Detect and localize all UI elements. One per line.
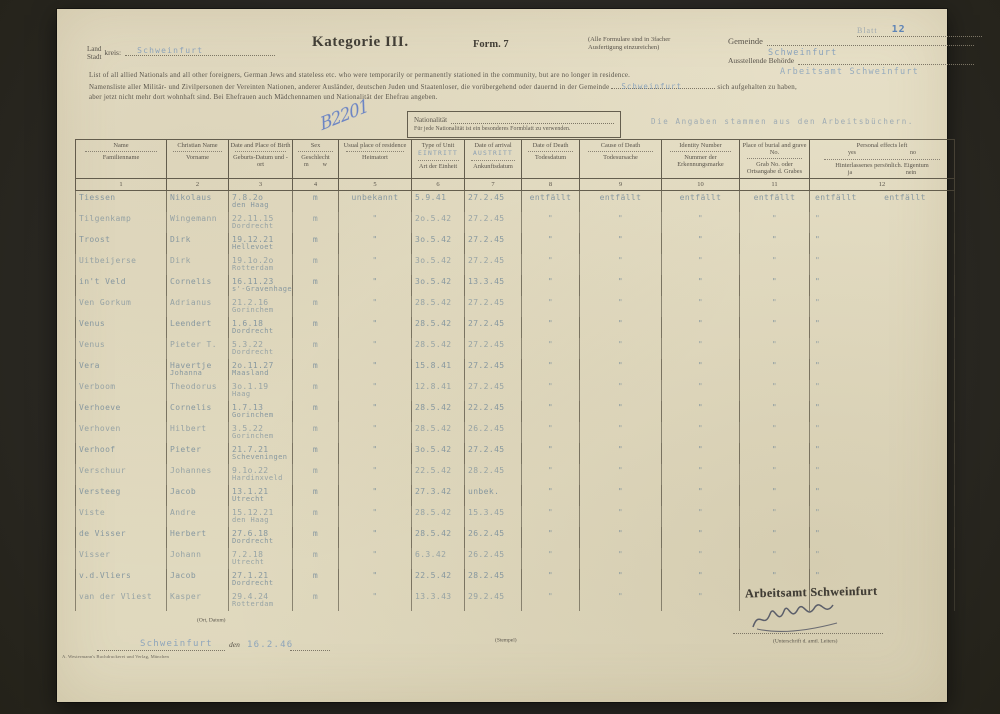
cell-identity-text: " (698, 214, 703, 223)
cell-effects: " (810, 275, 955, 296)
cell-birth: 7.2.18Utrecht (229, 548, 293, 569)
cell-eintritt: 28.5.42 (412, 317, 465, 338)
cell-death-date: " (522, 254, 580, 275)
cell-residence-text: " (372, 571, 377, 580)
table-row: VerschuurJohannes9.1o.22Hardinxveldm"22.… (75, 464, 955, 485)
cell-burial-text: " (772, 508, 777, 517)
cell-death-cause-text: " (618, 340, 623, 349)
category-title: Kategorie III. (312, 34, 409, 51)
header-label-en: Cause of Death (601, 142, 640, 149)
cell-birth-text: den Haag (232, 517, 292, 524)
cell-austritt-text: 27.2.45 (468, 445, 505, 454)
cell-eintritt-text: 28.5.42 (415, 319, 452, 328)
cell-death-date-text: " (548, 298, 553, 307)
cell-death-date-text: " (548, 508, 553, 517)
cell-residence: " (339, 254, 412, 275)
cell-vorname-text: Adrianus (170, 298, 212, 307)
cell-death-date-text: " (548, 445, 553, 454)
cell-identity: " (662, 464, 740, 485)
cell-sex-text: m (313, 508, 318, 517)
cell-death-cause: " (580, 401, 662, 422)
issuing-authority-field: Ausstellende Behörde (728, 56, 974, 65)
cell-vorname-text: Andre (170, 508, 196, 517)
cell-eintritt-text: 27.3.42 (415, 487, 452, 496)
cell-birth-text: Hellevoet (232, 244, 292, 251)
cell-vorname: Dirk (167, 233, 229, 254)
cell-austritt-text: 27.2.45 (468, 361, 505, 370)
cell-burial: " (740, 380, 810, 401)
cell-death-cause: " (580, 359, 662, 380)
cell-eintritt-text: 12.8.41 (415, 382, 452, 391)
cell-identity-text: " (698, 403, 703, 412)
cell-burial-text: " (772, 403, 777, 412)
column-number-8: 8 (522, 179, 580, 190)
cell-eintritt: 28.5.42 (412, 422, 465, 443)
cell-burial: " (740, 212, 810, 233)
cell-death-date: " (522, 275, 580, 296)
cell-austritt: 28.2.45 (465, 464, 522, 485)
cell-effects: " (810, 296, 955, 317)
column-header-4: SexGeschlechtmw (293, 140, 339, 178)
cell-effects: " (810, 464, 955, 485)
cell-death-cause: " (580, 569, 662, 590)
cell-birth-text: Gorinchem (232, 307, 292, 314)
cell-death-date-text: " (548, 214, 553, 223)
cell-death-date-text: " (548, 361, 553, 370)
dotted-line (290, 650, 330, 651)
cell-burial-text: entfällt (754, 193, 796, 202)
cell-eintritt-text: 3o.5.42 (415, 277, 452, 286)
header-divider (173, 151, 221, 152)
column-number-11: 11 (740, 179, 810, 190)
cell-burial: " (740, 506, 810, 527)
cell-identity: " (662, 212, 740, 233)
cell-identity-text: " (698, 508, 703, 517)
cell-death-date-text: entfällt (530, 193, 572, 202)
cell-austritt-text: 27.2.45 (468, 256, 505, 265)
cell-death-cause: " (580, 380, 662, 401)
cell-eintritt: 2o.5.42 (412, 212, 465, 233)
cell-identity-text: " (698, 592, 703, 601)
cell-effects: " (810, 422, 955, 443)
cell-death-cause-text: " (618, 508, 623, 517)
cell-eintritt-text: 28.5.42 (415, 508, 452, 517)
cell-death-cause-text: " (618, 214, 623, 223)
kreis-label: kreis: (104, 48, 121, 57)
cell-sex: m (293, 485, 339, 506)
cell-austritt: 26.2.45 (465, 527, 522, 548)
cell-death-cause-text: " (618, 424, 623, 433)
header-label-de: Grab No. oder Ortsangabe d. Grabes (741, 161, 808, 175)
cell-eintritt-text: 28.5.42 (415, 403, 452, 412)
cell-sex-text: m (313, 340, 318, 349)
cell-identity: " (662, 275, 740, 296)
cell-residence-text: unbekannt (352, 193, 399, 202)
cell-eintritt-text: 28.5.42 (415, 340, 452, 349)
cell-identity-text: " (698, 424, 703, 433)
header-divider (747, 158, 802, 159)
cell-austritt: 27.2.45 (465, 443, 522, 464)
cell-identity-text: " (698, 466, 703, 475)
cell-residence: " (339, 233, 412, 254)
cell-austritt: 26.2.45 (465, 548, 522, 569)
cell-austritt: 27.2.45 (465, 191, 522, 212)
cell-death-cause: " (580, 254, 662, 275)
cell-austritt-text: 27.2.45 (468, 298, 505, 307)
header-label-en: Date and Place of Birth (231, 142, 291, 149)
cell-vorname-text: Johanna (170, 370, 228, 377)
cell-vorname-text: Nikolaus (170, 193, 212, 202)
cell-death-cause-text: " (618, 277, 623, 286)
cell-burial-text: " (772, 319, 777, 328)
cell-death-cause: " (580, 317, 662, 338)
cell-birth: 3.5.22Gorinchem (229, 422, 293, 443)
cell-residence-text: " (372, 508, 377, 517)
table-row: VersteegJacob13.1.21Utrechtm"27.3.42unbe… (75, 485, 955, 506)
cell-burial: entfällt (740, 191, 810, 212)
cell-death-cause-text: " (618, 361, 623, 370)
cell-austritt-text: unbek. (468, 487, 499, 496)
cell-sex: m (293, 506, 339, 527)
cell-residence: " (339, 569, 412, 590)
cell-death-cause: entfällt (580, 191, 662, 212)
cell-name-text: Ven Gorkum (79, 298, 131, 307)
cell-identity-text: " (698, 298, 703, 307)
nationality-box: Nationalität Für jede Nationalität ist e… (407, 111, 621, 138)
cell-vorname-text: Dirk (170, 256, 191, 265)
cell-name-text: Verschuur (79, 466, 126, 475)
cell-effects-text: " (810, 550, 879, 559)
cell-identity: " (662, 506, 740, 527)
sheet-number-value: 12 (892, 24, 906, 35)
cell-death-date: " (522, 296, 580, 317)
table-row: UitbeijerseDirk19.1o.2oRotterdamm"3o.5.4… (75, 254, 955, 275)
cell-eintritt: 22.5.42 (412, 569, 465, 590)
cell-name: Versteeg (75, 485, 167, 506)
cell-eintritt-text: 28.5.42 (415, 298, 452, 307)
cell-death-date-text: " (548, 571, 553, 580)
cell-birth: 5.3.22Dordrecht (229, 338, 293, 359)
cell-residence: " (339, 401, 412, 422)
cell-death-cause-text: " (618, 235, 623, 244)
cell-vorname-text: Leendert (170, 319, 212, 328)
table-row: VenusLeendert1.6.18Dordrechtm"28.5.4227.… (75, 317, 955, 338)
header-divider (346, 151, 403, 152)
cell-effects: " (810, 506, 955, 527)
table-row: VerhoofPieter21.7.21Scheveningenm"3o.5.4… (75, 443, 955, 464)
dotted-line: Schweinfurt (125, 55, 275, 56)
cell-austritt-text: 28.2.45 (468, 466, 505, 475)
cell-birth-text: den Haag (232, 202, 292, 209)
cell-name: Vera (75, 359, 167, 380)
cell-effects: " (810, 338, 955, 359)
cell-eintritt: 28.5.42 (412, 527, 465, 548)
cell-name: Verboom (75, 380, 167, 401)
cell-austritt-text: 15.3.45 (468, 508, 505, 517)
cell-name: v.d.Vliers (75, 569, 167, 590)
cell-residence: " (339, 506, 412, 527)
header-divider (235, 151, 285, 152)
header-label-en: Date of arrival (474, 142, 511, 149)
cell-name: Uitbeijerse (75, 254, 167, 275)
cell-austritt: unbek. (465, 485, 522, 506)
cell-burial-text: " (772, 550, 777, 559)
cell-birth-text: Dordrecht (232, 349, 292, 356)
cell-vorname-text: Kasper (170, 592, 201, 601)
nationality-label: Nationalität (414, 116, 447, 124)
cell-death-date: " (522, 485, 580, 506)
cell-birth: 3o.1.19Haag (229, 380, 293, 401)
cell-sex-text: m (313, 214, 318, 223)
cell-name: Tiessen (75, 191, 167, 212)
cell-death-date: " (522, 548, 580, 569)
cell-death-date: " (522, 338, 580, 359)
dotted-line (798, 56, 974, 65)
cell-identity-text: " (698, 571, 703, 580)
table-body: TiessenNikolaus7.8.2oden Haagmunbekannt5… (75, 191, 955, 611)
cell-sex: m (293, 338, 339, 359)
table-row: TroostDirk19.12.21Hellevoetm"3o.5.4227.2… (75, 233, 955, 254)
cell-residence-text: " (372, 487, 377, 496)
cell-identity-text: " (698, 487, 703, 496)
cell-death-date: entfällt (522, 191, 580, 212)
cell-burial: " (740, 296, 810, 317)
cell-name: Venus (75, 338, 167, 359)
cell-vorname: Wingemann (167, 212, 229, 233)
intro-german-1: Namensliste aller Militär- und Zivilpers… (89, 82, 935, 94)
cell-burial: " (740, 527, 810, 548)
column-header-10: Identity NumberNummer der Erkennungsmark… (662, 140, 740, 178)
copies-note-line2: Ausfertigung einzureichen) (588, 44, 670, 52)
cell-eintritt-text: 5.9.41 (415, 193, 446, 202)
header-label-en: Date of Death (533, 142, 569, 149)
header-label-en: Identity Number (679, 142, 721, 149)
dotted-line (733, 633, 883, 634)
cell-effects: " (810, 485, 955, 506)
cell-austritt-text: 27.2.45 (468, 340, 505, 349)
cell-effects: " (810, 443, 955, 464)
cell-identity-text: " (698, 340, 703, 349)
cell-eintritt-text: 3o.5.42 (415, 235, 452, 244)
cell-austritt-text: 28.2.45 (468, 571, 505, 580)
cell-birth-text: Dordrecht (232, 223, 292, 230)
cell-eintritt-text: 2o.5.42 (415, 214, 452, 223)
cell-identity: " (662, 359, 740, 380)
cell-name-text: Troost (79, 235, 110, 244)
cell-death-date-text: " (548, 319, 553, 328)
cell-residence: " (339, 443, 412, 464)
cell-birth: 21.2.16Gorinchem (229, 296, 293, 317)
cell-identity-text: " (698, 361, 703, 370)
cell-residence-text: " (372, 319, 377, 328)
cell-eintritt: 6.3.42 (412, 548, 465, 569)
cell-burial-text: " (772, 340, 777, 349)
cell-effects-text: " (810, 508, 879, 517)
intro-municipality-value: Schweinfurt (621, 82, 682, 93)
table-header-labels: NameFamiliennameChristian NameVornameDat… (75, 139, 955, 179)
cell-sex: m (293, 212, 339, 233)
cell-eintritt: 12.8.41 (412, 380, 465, 401)
cell-birth-text: Rotterdam (232, 601, 292, 608)
cell-death-cause-text: " (618, 256, 623, 265)
table-row: TilgenkampWingemann22.11.15Dordrechtm"2o… (75, 212, 955, 233)
cell-name: in't Veld (75, 275, 167, 296)
cell-vorname: Leendert (167, 317, 229, 338)
cell-sex: m (293, 233, 339, 254)
cell-name: van der Vliest (75, 590, 167, 611)
cell-burial: " (740, 275, 810, 296)
source-note: Die Angaben stammen aus den Arbeitsbüche… (651, 117, 914, 126)
cell-residence: " (339, 464, 412, 485)
cell-death-date: " (522, 317, 580, 338)
cell-death-cause: " (580, 443, 662, 464)
cell-austritt-text: 27.2.45 (468, 214, 505, 223)
cell-death-cause: " (580, 212, 662, 233)
cell-residence-text: " (372, 277, 377, 286)
header-divider (588, 151, 653, 152)
cell-residence-text: " (372, 424, 377, 433)
cell-vorname-text: Johann (170, 550, 201, 559)
cell-residence-text: " (372, 466, 377, 475)
cell-birth-text: Gorinchem (232, 412, 292, 419)
cell-vorname-text: Herbert (170, 529, 207, 538)
header-yes: yes (848, 150, 856, 157)
cell-burial-text: " (772, 382, 777, 391)
cell-identity: " (662, 485, 740, 506)
header-divider (471, 160, 515, 161)
cell-effects-text: " (810, 277, 879, 286)
cell-eintritt: 13.3.43 (412, 590, 465, 611)
cell-identity: " (662, 443, 740, 464)
cell-death-cause-text: " (618, 571, 623, 580)
cell-burial: " (740, 401, 810, 422)
intro-german-text: Namensliste aller Militär- und Zivilpers… (89, 84, 609, 91)
cell-vorname: Pieter T. (167, 338, 229, 359)
cell-identity-text: " (698, 382, 703, 391)
cell-death-cause: " (580, 338, 662, 359)
cell-austritt-text: 13.3.45 (468, 277, 505, 286)
cell-residence: " (339, 590, 412, 611)
cell-austritt: 13.3.45 (465, 275, 522, 296)
cell-burial-text: " (772, 487, 777, 496)
table-header-numbers: 123456789101112 (75, 179, 955, 191)
form-number: Form. 7 (473, 39, 509, 50)
header-label-en: Sex (311, 142, 321, 149)
cell-residence: " (339, 380, 412, 401)
table-row: TiessenNikolaus7.8.2oden Haagmunbekannt5… (75, 191, 955, 212)
cell-sex-text: m (313, 277, 318, 286)
cell-sex: m (293, 527, 339, 548)
cell-eintritt: 22.5.42 (412, 464, 465, 485)
cell-residence: " (339, 485, 412, 506)
cell-death-cause: " (580, 275, 662, 296)
cell-vorname: Cornelis (167, 401, 229, 422)
cell-death-date: " (522, 443, 580, 464)
cell-identity: " (662, 401, 740, 422)
cell-sex: m (293, 254, 339, 275)
cell-name-text: Versteeg (79, 487, 121, 496)
cell-sex-text: m (313, 235, 318, 244)
header-label-de: Geschlecht (301, 154, 329, 161)
cell-name: Visser (75, 548, 167, 569)
header-label-en: Personal effects left (857, 142, 908, 149)
cell-identity: " (662, 338, 740, 359)
cell-burial-text: " (772, 424, 777, 433)
cell-austritt: 22.2.45 (465, 401, 522, 422)
cell-effects-text: " (810, 382, 879, 391)
intro-german-tail: sich aufgehalten zu haben, (717, 84, 797, 91)
cell-death-cause-text: " (618, 382, 623, 391)
table-row: de VisserHerbert27.6.18Dordrechtm"28.5.4… (75, 527, 955, 548)
header-label-en: Christian Name (177, 142, 217, 149)
header-label-en: Usual place of residence (344, 142, 407, 149)
table-row: VerboomTheodorus3o.1.19Haagm"12.8.4127.2… (75, 380, 955, 401)
header-label-de: Todesursache (603, 154, 638, 161)
cell-residence: " (339, 422, 412, 443)
cell-residence: " (339, 212, 412, 233)
cell-birth: 13.1.21Utrecht (229, 485, 293, 506)
column-number-1: 1 (75, 179, 167, 190)
cell-effects-text: " (810, 319, 879, 328)
header-divider (528, 151, 573, 152)
cell-birth: 15.12.21den Haag (229, 506, 293, 527)
cell-name: Verhoof (75, 443, 167, 464)
cell-identity: entfällt (662, 191, 740, 212)
cell-sex-text: m (313, 193, 318, 202)
cell-identity-text: " (698, 529, 703, 538)
cell-vorname: Adrianus (167, 296, 229, 317)
table-row: VerhoeveCornelis1.7.13Gorinchemm"28.5.42… (75, 401, 955, 422)
cell-vorname: Jacob (167, 485, 229, 506)
cell-birth-text: Scheveningen (232, 454, 292, 461)
copies-note-line1: (Alle Formulare sind in 3facher (588, 36, 670, 44)
cell-vorname: Theodorus (167, 380, 229, 401)
cell-death-cause: " (580, 506, 662, 527)
column-number-9: 9 (580, 179, 662, 190)
header-divider (824, 159, 940, 160)
cell-vorname: Andre (167, 506, 229, 527)
table-row: VenusPieter T.5.3.22Dordrechtm"28.5.4227… (75, 338, 955, 359)
cell-birth: 19.12.21Hellevoet (229, 233, 293, 254)
cell-residence-text: " (372, 214, 377, 223)
cell-birth: 1.6.18Dordrecht (229, 317, 293, 338)
cell-identity: " (662, 296, 740, 317)
cell-eintritt: 3o.5.42 (412, 275, 465, 296)
cell-burial-text: " (772, 298, 777, 307)
cell-death-date: " (522, 212, 580, 233)
cell-sex-text: m (313, 298, 318, 307)
cell-sex: m (293, 317, 339, 338)
cell-birth-text: Utrecht (232, 496, 292, 503)
cell-eintritt-text: 3o.5.42 (415, 445, 452, 454)
den-label: den (229, 640, 240, 649)
cell-death-date: " (522, 422, 580, 443)
cell-austritt: 27.2.45 (465, 212, 522, 233)
cell-residence: unbekannt (339, 191, 412, 212)
cell-residence: " (339, 359, 412, 380)
cell-birth-text: Gorinchem (232, 433, 292, 440)
district-field: Land Stadt kreis: Schweinfurt (87, 45, 275, 61)
cell-residence-text: " (372, 382, 377, 391)
cell-death-cause: " (580, 590, 662, 611)
cell-eintritt: 3o.5.42 (412, 233, 465, 254)
table-row: Ven GorkumAdrianus21.2.16Gorinchemm"28.5… (75, 296, 955, 317)
column-header-6: Type of UnitEINTRITTArt der Einheit (412, 140, 465, 178)
cell-name: Troost (75, 233, 167, 254)
cell-identity-text: entfällt (680, 193, 722, 202)
cell-effects: " (810, 317, 955, 338)
header-divider (298, 151, 333, 152)
